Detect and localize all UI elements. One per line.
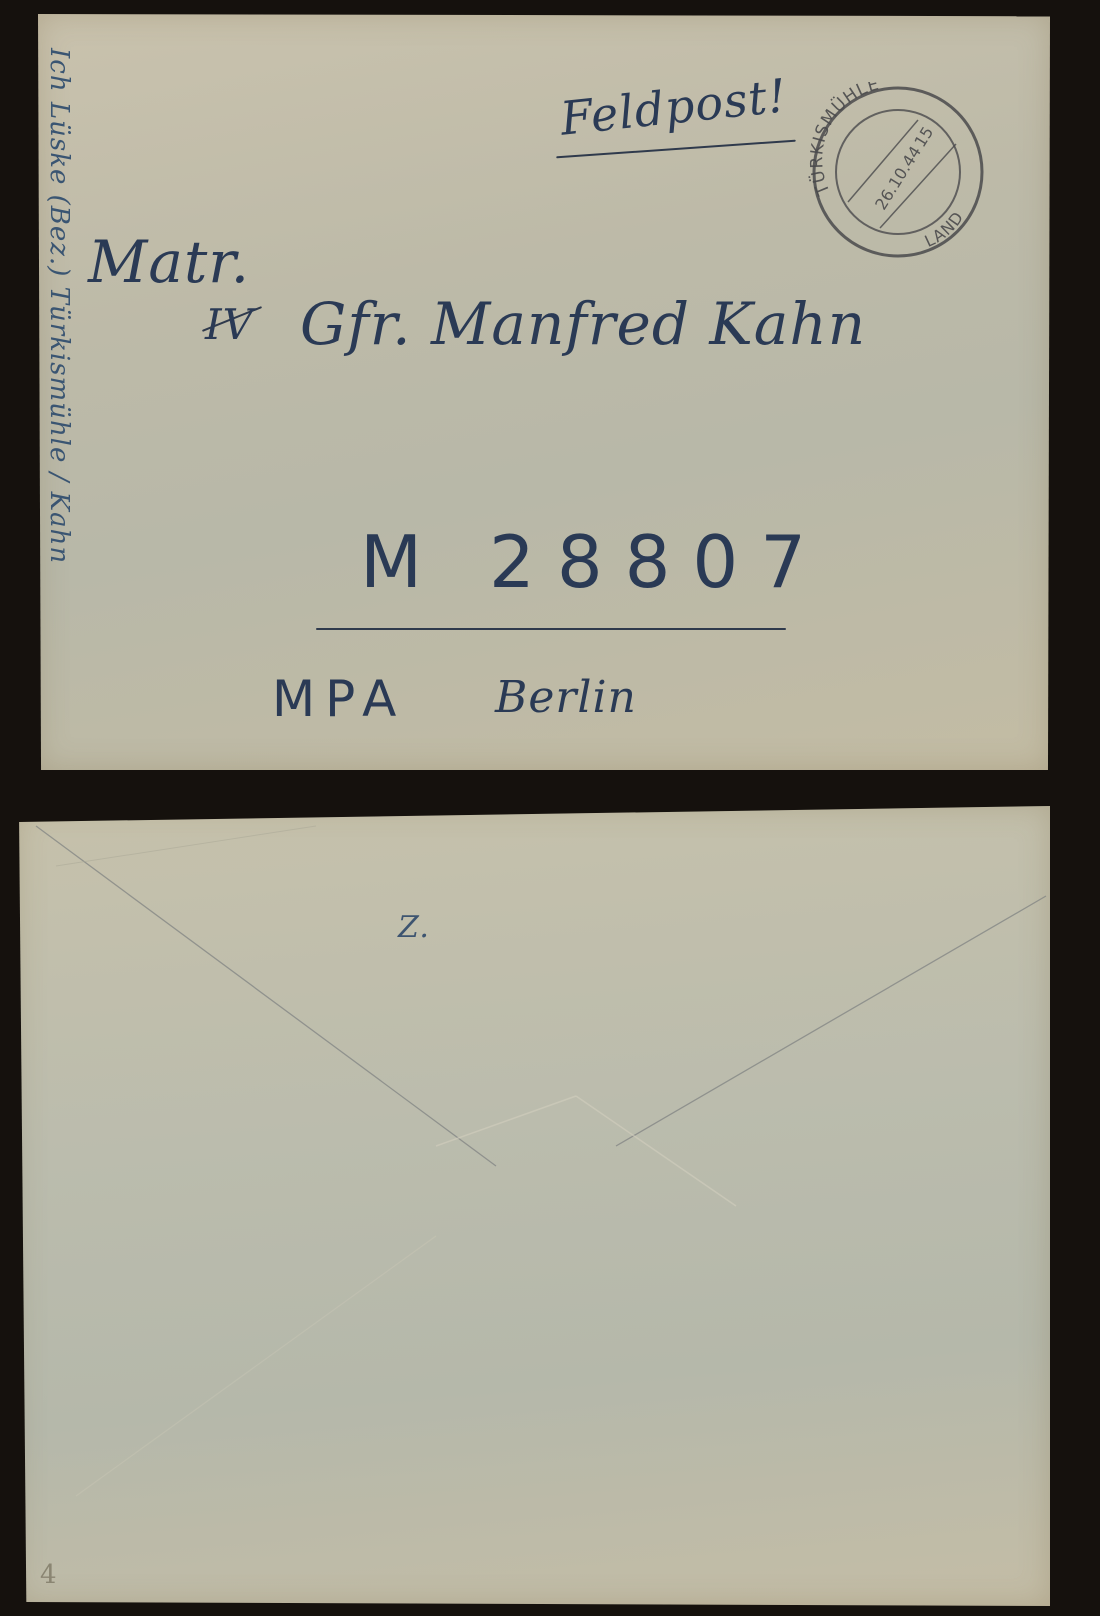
back-pencil-mark: Z. — [398, 910, 430, 945]
back-corner-mark: 4 — [40, 1560, 58, 1590]
recipient-unit: IV — [205, 300, 254, 349]
sender-address: Ich Lüske (Bez.) Türkismühle / Kahn — [44, 48, 74, 564]
routing-city: Berlin — [495, 672, 637, 723]
feldpost-number: M 28807 — [360, 520, 828, 604]
recipient-name: Gfr. Manfred Kahn — [300, 290, 866, 358]
postmark-date: 26.10.44 — [871, 143, 925, 213]
feldpost-number-underline — [316, 628, 786, 630]
envelope-back — [16, 806, 1050, 1606]
routing-office: MPA — [272, 670, 406, 728]
recipient-title: Matr. — [88, 228, 250, 296]
postmark-stamp: TÜRKISMÜHLE LAND 26.10.44 15 — [808, 82, 988, 262]
